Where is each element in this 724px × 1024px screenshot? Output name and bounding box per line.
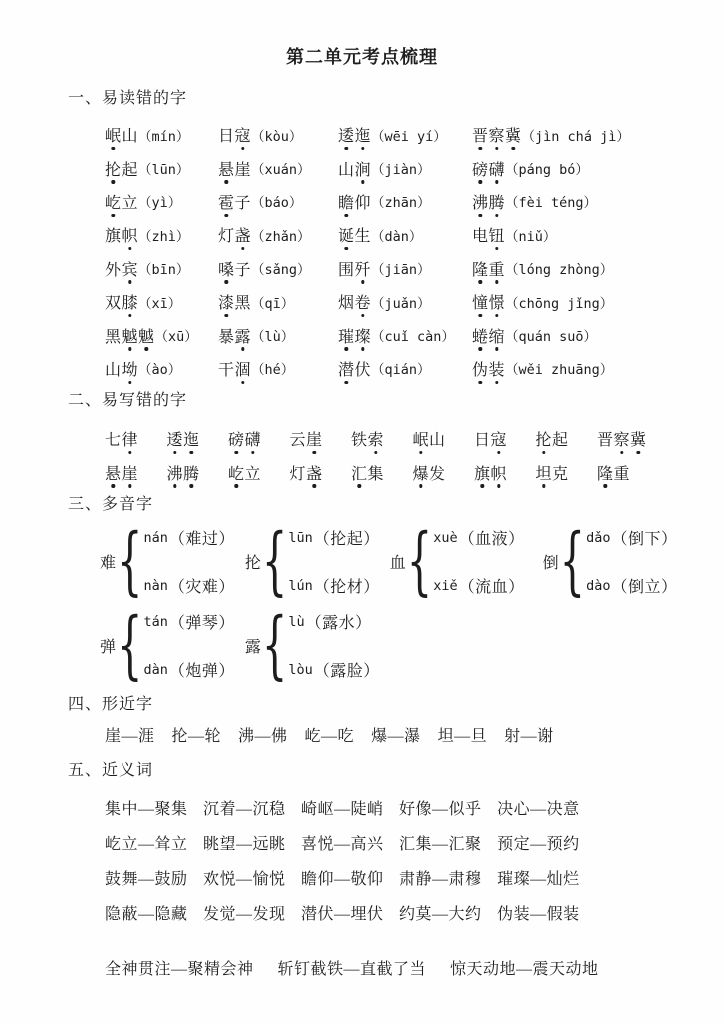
reading-line: tán（弹琴）: [143, 610, 234, 634]
character: 腾: [489, 190, 506, 213]
pinyin-annotation: （jiàn）: [371, 158, 431, 178]
vocab-item: 七律: [105, 427, 167, 450]
vocab-item: 旗帜（zhì）: [105, 223, 218, 246]
vocab-item: 暴露（lù）: [218, 324, 338, 347]
reading-line: dào（倒立）: [586, 574, 677, 598]
polyphonic-group: 弹{tán（弹琴）dàn（炮弹）: [100, 610, 235, 682]
vocab-item: 屹立（yì）: [105, 190, 218, 213]
character: 抡: [536, 427, 553, 450]
character: 魆: [122, 324, 139, 347]
reading-line: lún（抡材）: [288, 574, 379, 598]
character: 伏: [355, 357, 372, 380]
synonym-pair: 肃静—肃穆: [399, 866, 482, 889]
character: 憧: [472, 290, 489, 313]
character: 憬: [489, 290, 506, 313]
synonym-pair: 集中—聚集: [105, 796, 188, 819]
synonym-pair: 璀璨—灿烂: [497, 866, 580, 889]
pinyin-annotation: （yì）: [138, 191, 181, 211]
reading-line: nán（难过）: [143, 526, 234, 550]
section-misread-characters: 一、易读错的字 岷山（mín）日寇（kòu）逶迤（wēi yí）晋察冀（jìn …: [0, 86, 724, 385]
pinyin-annotation: （zhì）: [138, 225, 189, 245]
vocab-word: 山涧: [338, 157, 371, 180]
pinyin-annotation: （báo）: [251, 191, 302, 211]
character: 诞: [338, 223, 355, 246]
synonym-pair: 伪装—假装: [497, 901, 580, 924]
vocab-word: 日寇: [218, 123, 251, 146]
vocab-word: 铁索: [351, 427, 384, 450]
character: 露: [235, 324, 252, 347]
similar-pair: 抡—轮: [172, 724, 222, 750]
character: 灯: [218, 223, 235, 246]
vocab-word: 磅礴: [472, 157, 505, 180]
reading-pinyin: xuè: [433, 530, 457, 546]
synonym-pair: 好像—似乎: [399, 796, 482, 819]
character: 山: [122, 123, 139, 146]
reading-line: lù（露水）: [288, 610, 379, 634]
readings-column: tán（弹琴）dàn（炮弹）: [143, 610, 234, 682]
character: 磅: [472, 157, 489, 180]
character: 涧: [355, 157, 372, 180]
vocab-item: 岷山（mín）: [105, 123, 218, 146]
vocab-item: 岷山: [413, 427, 475, 450]
character: 雹: [218, 190, 235, 213]
character: 隆: [597, 461, 614, 484]
vocab-word: 暴露: [218, 324, 251, 347]
pinyin-annotation: （xū）: [155, 325, 198, 345]
vocab-word: 憧憬: [472, 290, 505, 313]
vocab-item: 磅礴: [228, 427, 290, 450]
vocab-item: 磅礴（páng bó）: [472, 157, 724, 180]
readings-column: nán（难过）nàn（灾难）: [143, 526, 234, 598]
idiom-pair: 惊天动地—震天动地: [450, 956, 599, 979]
vocab-word: 隆重: [597, 461, 630, 484]
vocab-word: 汇集: [351, 461, 384, 484]
character: 迤: [355, 123, 372, 146]
pinyin-annotation: （lóng zhòng）: [505, 258, 613, 278]
section-miswritten-heading: 二、易写错的字: [0, 388, 724, 414]
section-synonyms: 五、近义词 集中—聚集沉着—沉稳崎岖—陡峭好像—似乎决心—决意屹立—耸立眺望—远…: [0, 758, 724, 979]
vocab-word: 坦克: [536, 461, 569, 484]
character: 盏: [306, 461, 323, 484]
vocab-item: 爆发: [413, 461, 475, 484]
synonym-pair: 欢悦—愉悦: [203, 866, 286, 889]
vocab-item: 屹立: [228, 461, 290, 484]
vocab-word: 旗帜: [474, 461, 507, 484]
character: 子: [235, 190, 252, 213]
section-miswritten-characters: 二、易写错的字 七律逶迤磅礴云崖铁索岷山日寇抡起晋察冀悬崖沸腾屹立灯盏汇集爆发旗…: [0, 388, 724, 489]
character: 潜: [338, 357, 355, 380]
pinyin-annotation: （hé）: [251, 358, 294, 378]
reading-example: （流血）: [459, 574, 525, 597]
vocab-word: 雹子: [218, 190, 251, 213]
vocab-word: 屹立: [105, 190, 138, 213]
readings-column: lù（露水）lòu（露脸）: [288, 610, 379, 682]
vocab-item: 铁索: [351, 427, 413, 450]
pinyin-annotation: （xī）: [138, 292, 181, 312]
vocab-word: 逶迤: [338, 123, 371, 146]
similar-character-pairs: 崖—涯抡—轮沸—佛屹—吃爆—瀑坦—旦射—谢: [105, 724, 724, 750]
reading-example: （倒立）: [611, 574, 677, 597]
vocab-word: 旗帜: [105, 223, 138, 246]
vocab-word: 七律: [105, 427, 138, 450]
character: 外: [105, 257, 122, 280]
polyphonic-group: 倒{dǎo（倒下）dào（倒立）: [543, 526, 678, 598]
vocab-item: 抡起（lūn）: [105, 157, 218, 180]
character: 仰: [355, 190, 372, 213]
brace-glyph: {: [262, 609, 287, 683]
vocab-word: 电钮: [472, 223, 505, 246]
character: 爆: [413, 461, 430, 484]
similar-pair: 崖—涯: [105, 724, 155, 750]
vocab-item: 双膝（xī）: [105, 290, 218, 313]
reading-example: （血液）: [459, 526, 525, 549]
reading-example: （难过）: [169, 526, 235, 549]
similar-pair: 射—谢: [504, 724, 554, 750]
vocab-word: 磅礴: [228, 427, 261, 450]
vocab-word: 伪装: [472, 357, 505, 380]
character: 子: [235, 257, 252, 280]
vocab-item: 旗帜: [474, 461, 536, 484]
character: 山: [105, 357, 122, 380]
vocab-item: 瞻仰（zhān）: [338, 190, 472, 213]
character: 干: [218, 357, 235, 380]
synonym-pair: 约莫—大约: [399, 901, 482, 924]
character: 嗓: [218, 257, 235, 280]
character: 索: [368, 427, 385, 450]
vocab-word: 晋察冀: [472, 123, 522, 146]
brace-glyph: {: [262, 525, 287, 599]
vocab-item: 伪装（wěi zhuāng）: [472, 357, 724, 380]
vocab-word: 岷山: [105, 123, 138, 146]
vocab-item: 憧憬（chōng jǐng）: [472, 290, 724, 313]
vocab-word: 潜伏: [338, 357, 371, 380]
readings-column: lūn（抡起）lún（抡材）: [288, 526, 379, 598]
idiom-pair: 全神贯注—聚精会神: [105, 956, 254, 979]
character: 起: [122, 157, 139, 180]
vocab-word: 抡起: [105, 157, 138, 180]
synonym-pair: 沉着—沉稳: [203, 796, 286, 819]
base-character: 难: [100, 550, 116, 573]
vocab-item: 抡起: [536, 427, 598, 450]
similar-pair: 爆—瀑: [371, 724, 421, 750]
character: 立: [122, 190, 139, 213]
character: 岷: [413, 427, 430, 450]
reading-example: （炮弹）: [169, 658, 235, 681]
pinyin-annotation: （sǎng）: [251, 258, 311, 278]
reading-pinyin: lún: [288, 578, 312, 594]
synonym-row: 隐蔽—隐藏发觉—发现潜伏—埋伏约莫—大约伪装—假装: [105, 895, 724, 930]
vocab-item: 烟卷（juǎn）: [338, 290, 472, 313]
character: 瞻: [338, 190, 355, 213]
synonym-pair: 发觉—发现: [203, 901, 286, 924]
readings-column: dǎo（倒下）dào（倒立）: [586, 526, 677, 598]
character: 伪: [472, 357, 489, 380]
base-character: 倒: [543, 550, 559, 573]
reading-example: （露脸）: [314, 658, 380, 681]
character: 山: [429, 427, 446, 450]
vocab-item: 外宾（bīn）: [105, 257, 218, 280]
reading-line: lòu（露脸）: [288, 658, 379, 682]
section-synonyms-heading: 五、近义词: [0, 758, 724, 784]
pinyin-annotation: （qī）: [251, 292, 294, 312]
character: 克: [552, 461, 569, 484]
synonym-pair: 预定—预约: [497, 831, 580, 854]
character: 集: [368, 461, 385, 484]
pinyin-annotation: （ào）: [138, 358, 181, 378]
pinyin-annotation: （lūn）: [138, 158, 189, 178]
polyphonic-row: 弹{tán（弹琴）dàn（炮弹）露{lù（露水）lòu（露脸）: [100, 604, 724, 688]
synonym-pair: 隐蔽—隐藏: [105, 901, 188, 924]
brace-glyph: {: [117, 525, 142, 599]
reading-pinyin: tán: [143, 614, 167, 630]
vocab-item: 逶迤: [167, 427, 229, 450]
reading-pinyin: xiě: [433, 578, 457, 594]
section-similar-characters: 四、形近字 崖—涯抡—轮沸—佛屹—吃爆—瀑坦—旦射—谢: [0, 692, 724, 750]
character: 腾: [183, 461, 200, 484]
vocab-item: 山涧（jiàn）: [338, 157, 472, 180]
reading-example: （抡起）: [314, 526, 380, 549]
character: 云: [290, 427, 307, 450]
pinyin-annotation: （zhān）: [371, 191, 431, 211]
reading-line: nàn（灾难）: [143, 574, 234, 598]
character: 烟: [338, 290, 355, 313]
brace-glyph: {: [560, 525, 585, 599]
polyphonic-group: 难{nán（难过）nàn（灾难）: [100, 526, 235, 598]
vocab-item: 逶迤（wēi yí）: [338, 123, 472, 146]
character: 悬: [105, 461, 122, 484]
pinyin-annotation: （zhǎn）: [251, 225, 311, 245]
reading-pinyin: lù: [288, 614, 304, 630]
vocab-word: 沸腾: [167, 461, 200, 484]
vocab-word: 漆黑: [218, 290, 251, 313]
synonym-row: 集中—聚集沉着—沉稳崎岖—陡峭好像—似乎决心—决意: [105, 790, 724, 825]
reading-line: xuè（血液）: [433, 526, 524, 550]
pinyin-annotation: （jìn chá jì）: [522, 125, 630, 145]
character: 装: [489, 357, 506, 380]
vocab-item: 日寇: [474, 427, 536, 450]
page-title: 第二单元考点梳理: [0, 44, 724, 70]
vocab-word: 晋察冀: [597, 427, 647, 450]
character: 涸: [235, 357, 252, 380]
synonym-row: 鼓舞—鼓励欢悦—愉悦瞻仰—敬仰肃静—肃穆璀璨—灿烂: [105, 860, 724, 895]
pinyin-annotation: （xuán）: [251, 158, 311, 178]
vocab-item: 隆重（lóng zhòng）: [472, 257, 724, 280]
section-similar-heading: 四、形近字: [0, 692, 724, 718]
reading-pinyin: lòu: [288, 662, 312, 678]
vocab-item: 汇集: [351, 461, 413, 484]
section-polyphonic-heading: 三、多音字: [0, 492, 724, 518]
synonym-pair: 潜伏—埋伏: [301, 901, 384, 924]
character: 抡: [105, 157, 122, 180]
vocab-word: 灯盏: [290, 461, 323, 484]
vocab-word: 屹立: [228, 461, 261, 484]
character: 发: [429, 461, 446, 484]
character: 铁: [351, 427, 368, 450]
reading-example: （抡材）: [314, 574, 380, 597]
vocab-item: 围歼（jiān）: [338, 257, 472, 280]
vocab-item: 沸腾（fèi téng）: [472, 190, 724, 213]
pinyin-annotation: （juǎn）: [371, 292, 431, 312]
readings-column: xuè（血液）xiě（流血）: [433, 526, 524, 598]
character: 七: [105, 427, 122, 450]
vocab-word: 双膝: [105, 290, 138, 313]
similar-pair: 坦—旦: [438, 724, 488, 750]
base-character: 血: [390, 550, 406, 573]
synonym-pair: 眺望—远眺: [203, 831, 286, 854]
reading-pinyin: dào: [586, 578, 610, 594]
vocab-word: 黑魆魆: [105, 324, 155, 347]
vocab-item: 晋察冀: [597, 427, 724, 450]
synonym-pair: 决心—决意: [497, 796, 580, 819]
character: 帜: [491, 461, 508, 484]
pinyin-annotation: （fèi téng）: [505, 191, 597, 211]
synonym-pair: 屹立—耸立: [105, 831, 188, 854]
vocab-word: 嗓子: [218, 257, 251, 280]
base-character: 露: [245, 634, 261, 657]
character: 坳: [122, 357, 139, 380]
reading-line: dàn（炮弹）: [143, 658, 234, 682]
pinyin-annotation: （dàn）: [371, 225, 422, 245]
pinyin-annotation: （mín）: [138, 125, 189, 145]
character: 崖: [122, 461, 139, 484]
character: 逶: [167, 427, 184, 450]
character: 灯: [290, 461, 307, 484]
pinyin-annotation: （wēi yí）: [371, 125, 447, 145]
vocab-item: 灯盏（zhǎn）: [218, 223, 338, 246]
character: 察: [489, 123, 506, 146]
character: 歼: [355, 257, 372, 280]
synonym-pair-rows: 集中—聚集沉着—沉稳崎岖—陡峭好像—似乎决心—决意屹立—耸立眺望—远眺喜悦—高兴…: [105, 790, 724, 930]
character: 沸: [167, 461, 184, 484]
pinyin-annotation: （wěi zhuāng）: [505, 358, 613, 378]
vocab-item: 山坳（ào）: [105, 357, 218, 380]
vocab-word: 诞生: [338, 223, 371, 246]
character: 围: [338, 257, 355, 280]
character: 漆: [218, 290, 235, 313]
base-character: 抡: [245, 550, 261, 573]
miswritten-vocab-grid: 七律逶迤磅礴云崖铁索岷山日寇抡起晋察冀悬崖沸腾屹立灯盏汇集爆发旗帜坦克隆重: [105, 422, 724, 489]
reading-pinyin: dǎo: [586, 530, 610, 546]
character: 重: [614, 461, 631, 484]
worksheet-page: 第二单元考点梳理 一、易读错的字 岷山（mín）日寇（kòu）逶迤（wēi yí…: [0, 0, 724, 1024]
vocab-word: 瞻仰: [338, 190, 371, 213]
character: 帜: [122, 223, 139, 246]
character: 旗: [105, 223, 122, 246]
reading-pinyin: lūn: [288, 530, 312, 546]
character: 晋: [597, 427, 614, 450]
vocab-word: 悬崖: [218, 157, 251, 180]
character: 冀: [505, 123, 522, 146]
character: 晋: [472, 123, 489, 146]
reading-pinyin: nán: [143, 530, 167, 546]
vocab-word: 璀璨: [338, 324, 371, 347]
reading-line: xiě（流血）: [433, 574, 524, 598]
pinyin-annotation: （quán suō）: [505, 325, 597, 345]
vocab-item: 嗓子（sǎng）: [218, 257, 338, 280]
character: 日: [474, 427, 491, 450]
pinyin-annotation: （niǔ）: [505, 225, 556, 245]
vocab-word: 岷山: [413, 427, 446, 450]
pinyin-annotation: （lù）: [251, 325, 294, 345]
synonym-pair: 崎岖—陡峭: [301, 796, 384, 819]
character: 迤: [183, 427, 200, 450]
brace-glyph: {: [117, 609, 142, 683]
vocab-word: 烟卷: [338, 290, 371, 313]
section-polyphonic-characters: 三、多音字 难{nán（难过）nàn（灾难）抡{lūn（抡起）lún（抡材）血{…: [0, 492, 724, 688]
vocab-word: 围歼: [338, 257, 371, 280]
polyphonic-group: 露{lù（露水）lòu（露脸）: [245, 610, 380, 682]
vocab-item: 诞生（dàn）: [338, 223, 472, 246]
character: 起: [552, 427, 569, 450]
character: 璨: [355, 324, 372, 347]
vocab-word: 悬崖: [105, 461, 138, 484]
character: 寇: [491, 427, 508, 450]
pinyin-annotation: （qián）: [371, 358, 431, 378]
section-misread-heading: 一、易读错的字: [0, 86, 724, 112]
reading-line: dǎo（倒下）: [586, 526, 677, 550]
vocab-item: 电钮（niǔ）: [472, 223, 724, 246]
character: 膝: [122, 290, 139, 313]
vocab-item: 云崖: [290, 427, 352, 450]
reading-pinyin: dàn: [143, 662, 167, 678]
misread-vocab-grid: 岷山（mín）日寇（kòu）逶迤（wēi yí）晋察冀（jìn chá jì）抡…: [105, 118, 724, 385]
character: 屹: [228, 461, 245, 484]
vocab-item: 璀璨（cuǐ càn）: [338, 324, 472, 347]
vocab-item: 日寇（kòu）: [218, 123, 338, 146]
character: 磅: [228, 427, 245, 450]
base-character: 弹: [100, 634, 116, 657]
character: 律: [122, 427, 139, 450]
similar-pair: 沸—佛: [238, 724, 288, 750]
vocab-item: 隆重: [597, 461, 724, 484]
pinyin-annotation: （bīn）: [138, 258, 189, 278]
vocab-word: 蜷缩: [472, 324, 505, 347]
character: 生: [355, 223, 372, 246]
character: 寇: [235, 123, 252, 146]
vocab-item: 漆黑（qī）: [218, 290, 338, 313]
vocab-word: 沸腾: [472, 190, 505, 213]
character: 缩: [489, 324, 506, 347]
character: 蜷: [472, 324, 489, 347]
vocab-word: 逶迤: [167, 427, 200, 450]
reading-example: （倒下）: [611, 526, 677, 549]
reading-example: （露水）: [306, 610, 372, 633]
pinyin-annotation: （kòu）: [251, 125, 302, 145]
reading-example: （灾难）: [169, 574, 235, 597]
character: 盏: [235, 223, 252, 246]
vocab-item: 悬崖（xuán）: [218, 157, 338, 180]
character: 汇: [351, 461, 368, 484]
character: 卷: [355, 290, 372, 313]
character: 逶: [338, 123, 355, 146]
character: 山: [338, 157, 355, 180]
polyphonic-row: 难{nán（难过）nàn（灾难）抡{lūn（抡起）lún（抡材）血{xuè（血液…: [100, 520, 724, 604]
character: 魆: [138, 324, 155, 347]
vocab-item: 蜷缩（quán suō）: [472, 324, 724, 347]
character: 坦: [536, 461, 553, 484]
vocab-word: 外宾: [105, 257, 138, 280]
vocab-word: 日寇: [474, 427, 507, 450]
character: 重: [489, 257, 506, 280]
synonym-pair: 鼓舞—鼓励: [105, 866, 188, 889]
character: 电: [472, 223, 489, 246]
pinyin-annotation: （jiān）: [371, 258, 431, 278]
idiom-synonym-row: 全神贯注—聚精会神斩钉截铁—直截了当惊天动地—震天动地: [105, 956, 724, 979]
vocab-item: 雹子（báo）: [218, 190, 338, 213]
reading-line: lūn（抡起）: [288, 526, 379, 550]
vocab-word: 灯盏: [218, 223, 251, 246]
character: 冀: [630, 427, 647, 450]
